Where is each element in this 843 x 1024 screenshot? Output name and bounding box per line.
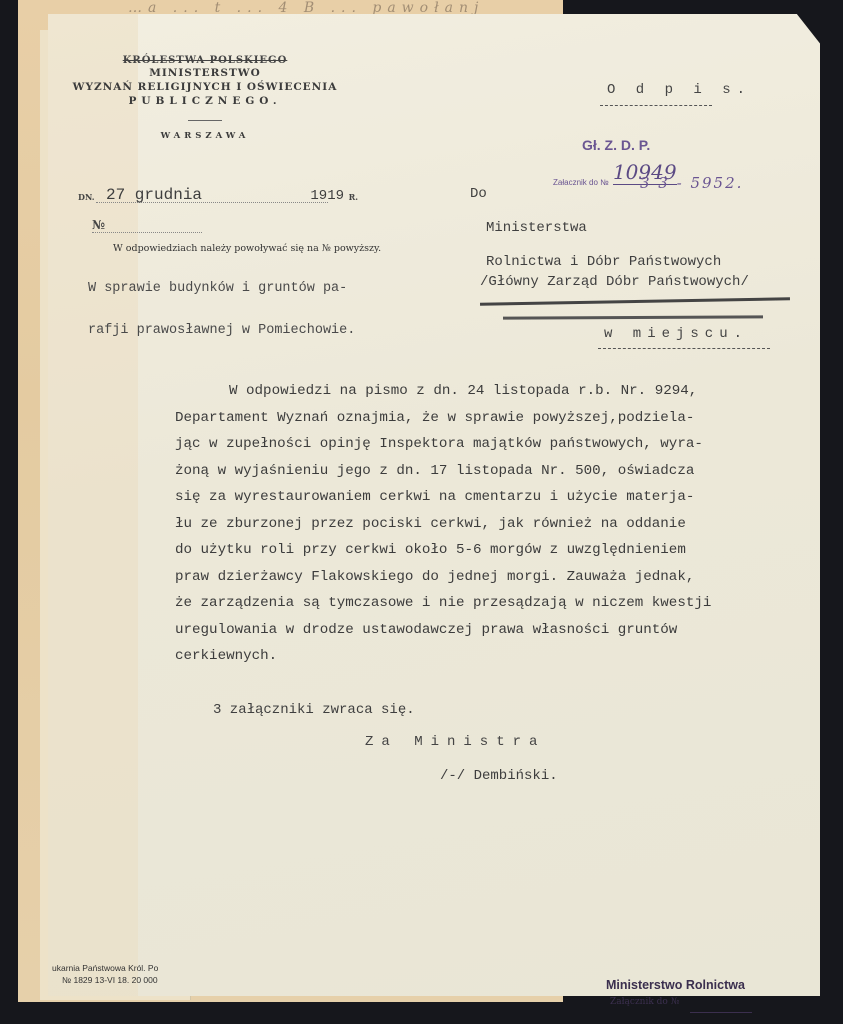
closing-line: 3 załączniki zwraca się. <box>213 702 415 718</box>
letterhead-city: WARSZAWA <box>40 131 370 141</box>
addressee-place: w miejscu. <box>604 326 748 342</box>
paper-fold-band <box>48 14 138 996</box>
addressee-line: Ministerstwa <box>486 220 587 236</box>
letterhead-divider <box>188 120 222 121</box>
date-suffix: R. <box>349 192 358 202</box>
body-line: żoną w wyjaśnieniu jego z dn. 17 listopa… <box>175 458 795 485</box>
office-stamp: Gł. Z. D. P. <box>582 137 650 153</box>
addressee-line: /Główny Zarząd Dóbr Państwowych/ <box>480 274 749 290</box>
letterhead: KRÓLESTWA POLSKIEGO MINISTERSTWO WYZNAŃ … <box>40 55 370 141</box>
body-line: się za wyrestaurowaniem cerkwi na cmenta… <box>175 484 795 511</box>
number-sign: № <box>92 218 105 232</box>
body-line: jąc w zupełności opinję Inspektora mająt… <box>175 431 795 458</box>
letterhead-crossed-line: KRÓLESTWA POLSKIEGO <box>40 55 370 66</box>
copy-label: O d p i s. <box>607 82 751 98</box>
ministry-stamp-line <box>690 1012 752 1013</box>
letterhead-line-3: PUBLICZNEGO. <box>40 94 370 108</box>
date-line: DN. 27 grudnia 1919 R. <box>78 186 358 206</box>
for-minister: Za Ministra <box>365 734 545 750</box>
subject-line: rafji prawosławnej w Pomiechowie. <box>88 324 408 338</box>
letterhead-line-2: WYZNAŃ RELIGIJNYCH I OŚWIECENIA <box>40 80 370 94</box>
body-line: że zarządzenia są tymczasowe i nie przes… <box>175 590 795 617</box>
body-line: W odpowiedzi na pismo z dn. 24 listopada… <box>175 378 795 405</box>
subject-line: W sprawie budynków i gruntów pa- <box>88 282 408 296</box>
body-line: cerkiewnych. <box>175 643 795 670</box>
letterhead-line-1: MINISTERSTWO <box>40 66 370 80</box>
body-line: Departament Wyznań oznajmia, że w sprawi… <box>175 405 795 432</box>
date-year: 1919 <box>310 188 344 204</box>
letter-body: W odpowiedzi na pismo z dn. 24 listopada… <box>175 378 795 670</box>
ministry-stamp-attachment: Załącznik do № <box>610 997 679 1007</box>
body-line: uregulowania w drodze ustawodawczej praw… <box>175 617 795 644</box>
printer-note: ukarnia Państwowa Król. Po № 1829 13-VI … <box>52 962 192 986</box>
subject: W sprawie budynków i gruntów pa- rafji p… <box>88 254 408 352</box>
reference-number-line: № <box>92 216 202 233</box>
printer-note-line: ukarnia Państwowa Król. Po <box>52 962 192 974</box>
handwritten-reference: 3 3 - 5952. <box>640 174 743 192</box>
copy-label-underline <box>600 105 712 106</box>
date-prefix: DN. <box>78 192 95 202</box>
signature: /-/ Dembiński. <box>440 768 558 784</box>
ministry-stamp: Ministerstwo Rolnictwa <box>606 978 745 992</box>
addressee-place-underline <box>598 348 770 349</box>
attachment-stamp-label: Załacznik do № <box>553 178 609 187</box>
date-day-month: 27 grudnia <box>106 186 202 204</box>
body-line: do użytku roli przy cerkwi około 5-6 mor… <box>175 537 795 564</box>
addressee-line: Rolnictwa i Dóbr Państwowych <box>486 254 721 270</box>
printer-note-line: № 1829 13-VI 18. 20 000 <box>52 974 192 986</box>
body-line: praw dzierżawcy Flakowskiego do jednej m… <box>175 564 795 591</box>
addressee-to: Do <box>470 186 487 202</box>
body-line: łu ze zburzonej przez pociski cerkwi, ja… <box>175 511 795 538</box>
reply-note: W odpowiedziach należy powoływać się na … <box>113 243 381 254</box>
